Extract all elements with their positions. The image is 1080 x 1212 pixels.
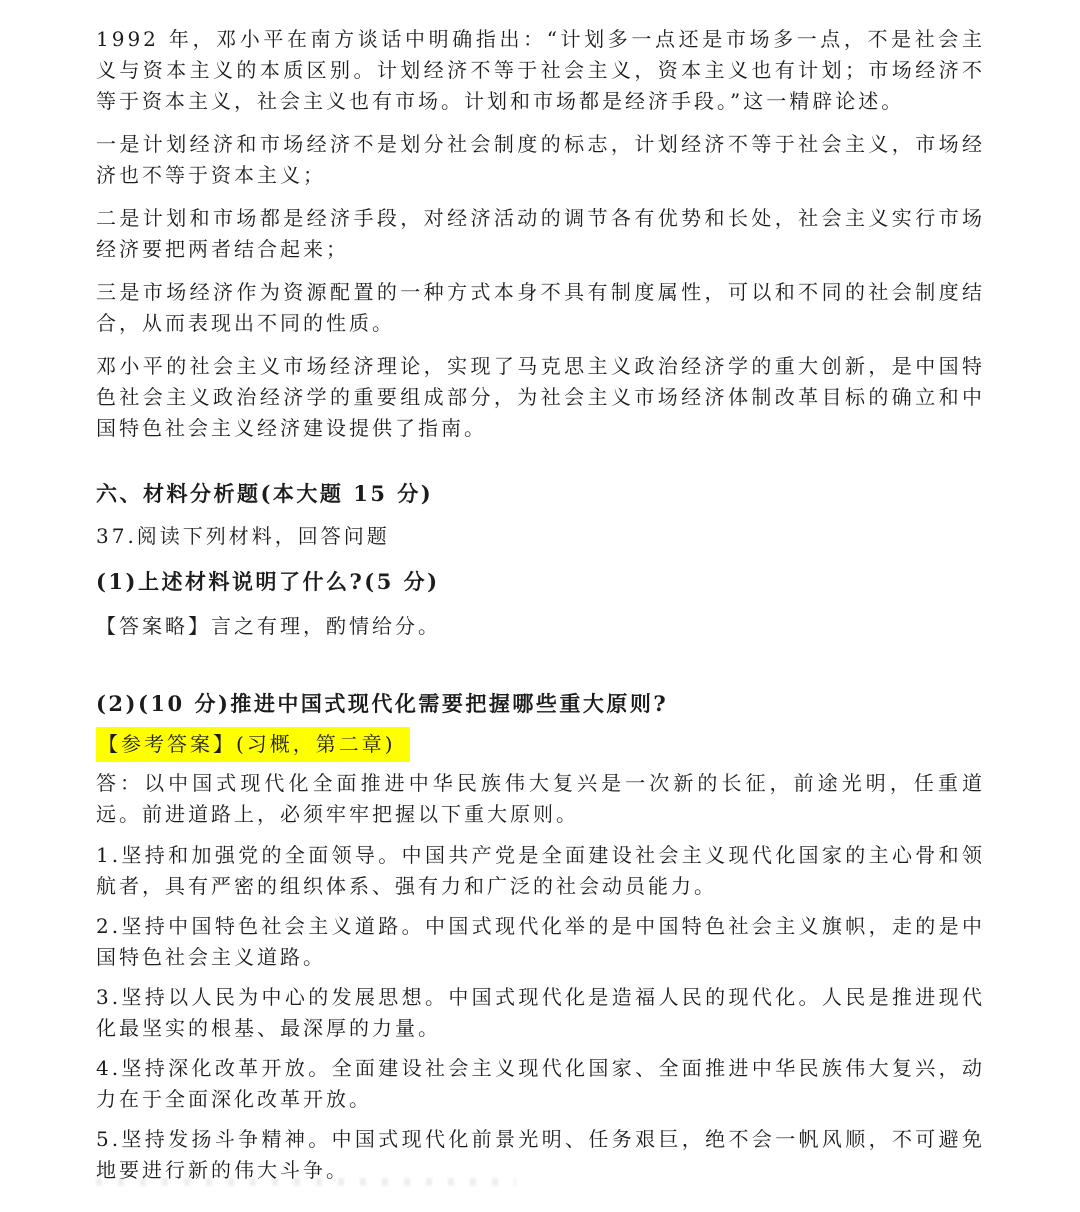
question-37-part1: (1)上述材料说明了什么?(5 分) — [96, 566, 985, 597]
answer-note-part1: 【答案略】言之有理，酌情给分。 — [96, 611, 985, 642]
scan-artifact — [96, 1178, 516, 1186]
paragraph-point-three: 三是市场经济作为资源配置的一种方式本身不具有制度属性，可以和不同的社会制度结合，… — [96, 277, 985, 339]
principle-item-3: 3.坚持以人民为中心的发展思想。中国式现代化是造福人民的现代化。人民是推进现代化… — [96, 982, 985, 1044]
paragraph-point-two: 二是计划和市场都是经济手段，对经济活动的调节各有优势和长处，社会主义实行市场经济… — [96, 203, 985, 265]
section-heading-material-analysis: 六、材料分析题(本大题 15 分) — [96, 478, 985, 509]
paragraph-deng-1992-quote: 1992 年，邓小平在南方谈话中明确指出：“计划多一点还是市场多一点，不是社会主… — [96, 24, 985, 117]
document-page: 1992 年，邓小平在南方谈话中明确指出：“计划多一点还是市场多一点，不是社会主… — [0, 0, 1080, 1212]
question-37-part2: (2)(10 分)推进中国式现代化需要把握哪些重大原则? — [96, 688, 985, 719]
answer-lead-paragraph: 答：以中国式现代化全面推进中华民族伟大复兴是一次新的长征，前途光明，任重道远。前… — [96, 768, 985, 830]
principle-item-5: 5.坚持发扬斗争精神。中国式现代化前景光明、任务艰巨，绝不会一帆风顺，不可避免地… — [96, 1124, 985, 1186]
paragraph-deng-theory-summary: 邓小平的社会主义市场经济理论，实现了马克思主义政治经济学的重大创新，是中国特色社… — [96, 351, 985, 444]
paragraph-point-one: 一是计划经济和市场经济不是划分社会制度的标志，计划经济不等于社会主义，市场经济也… — [96, 129, 985, 191]
principle-item-2: 2.坚持中国特色社会主义道路。中国式现代化举的是中国特色社会主义旗帜，走的是中国… — [96, 911, 985, 973]
yellow-highlight: 【参考答案】(习概，第二章) — [96, 727, 410, 762]
reference-answer-line: 【参考答案】(习概，第二章) — [96, 729, 985, 760]
principle-item-1: 1.坚持和加强党的全面领导。中国共产党是全面建设社会主义现代化国家的主心骨和领航… — [96, 840, 985, 902]
principle-item-4: 4.坚持深化改革开放。全面建设社会主义现代化国家、全面推进中华民族伟大复兴，动力… — [96, 1053, 985, 1115]
question-37-lead: 37.阅读下列材料，回答问题 — [96, 521, 985, 552]
